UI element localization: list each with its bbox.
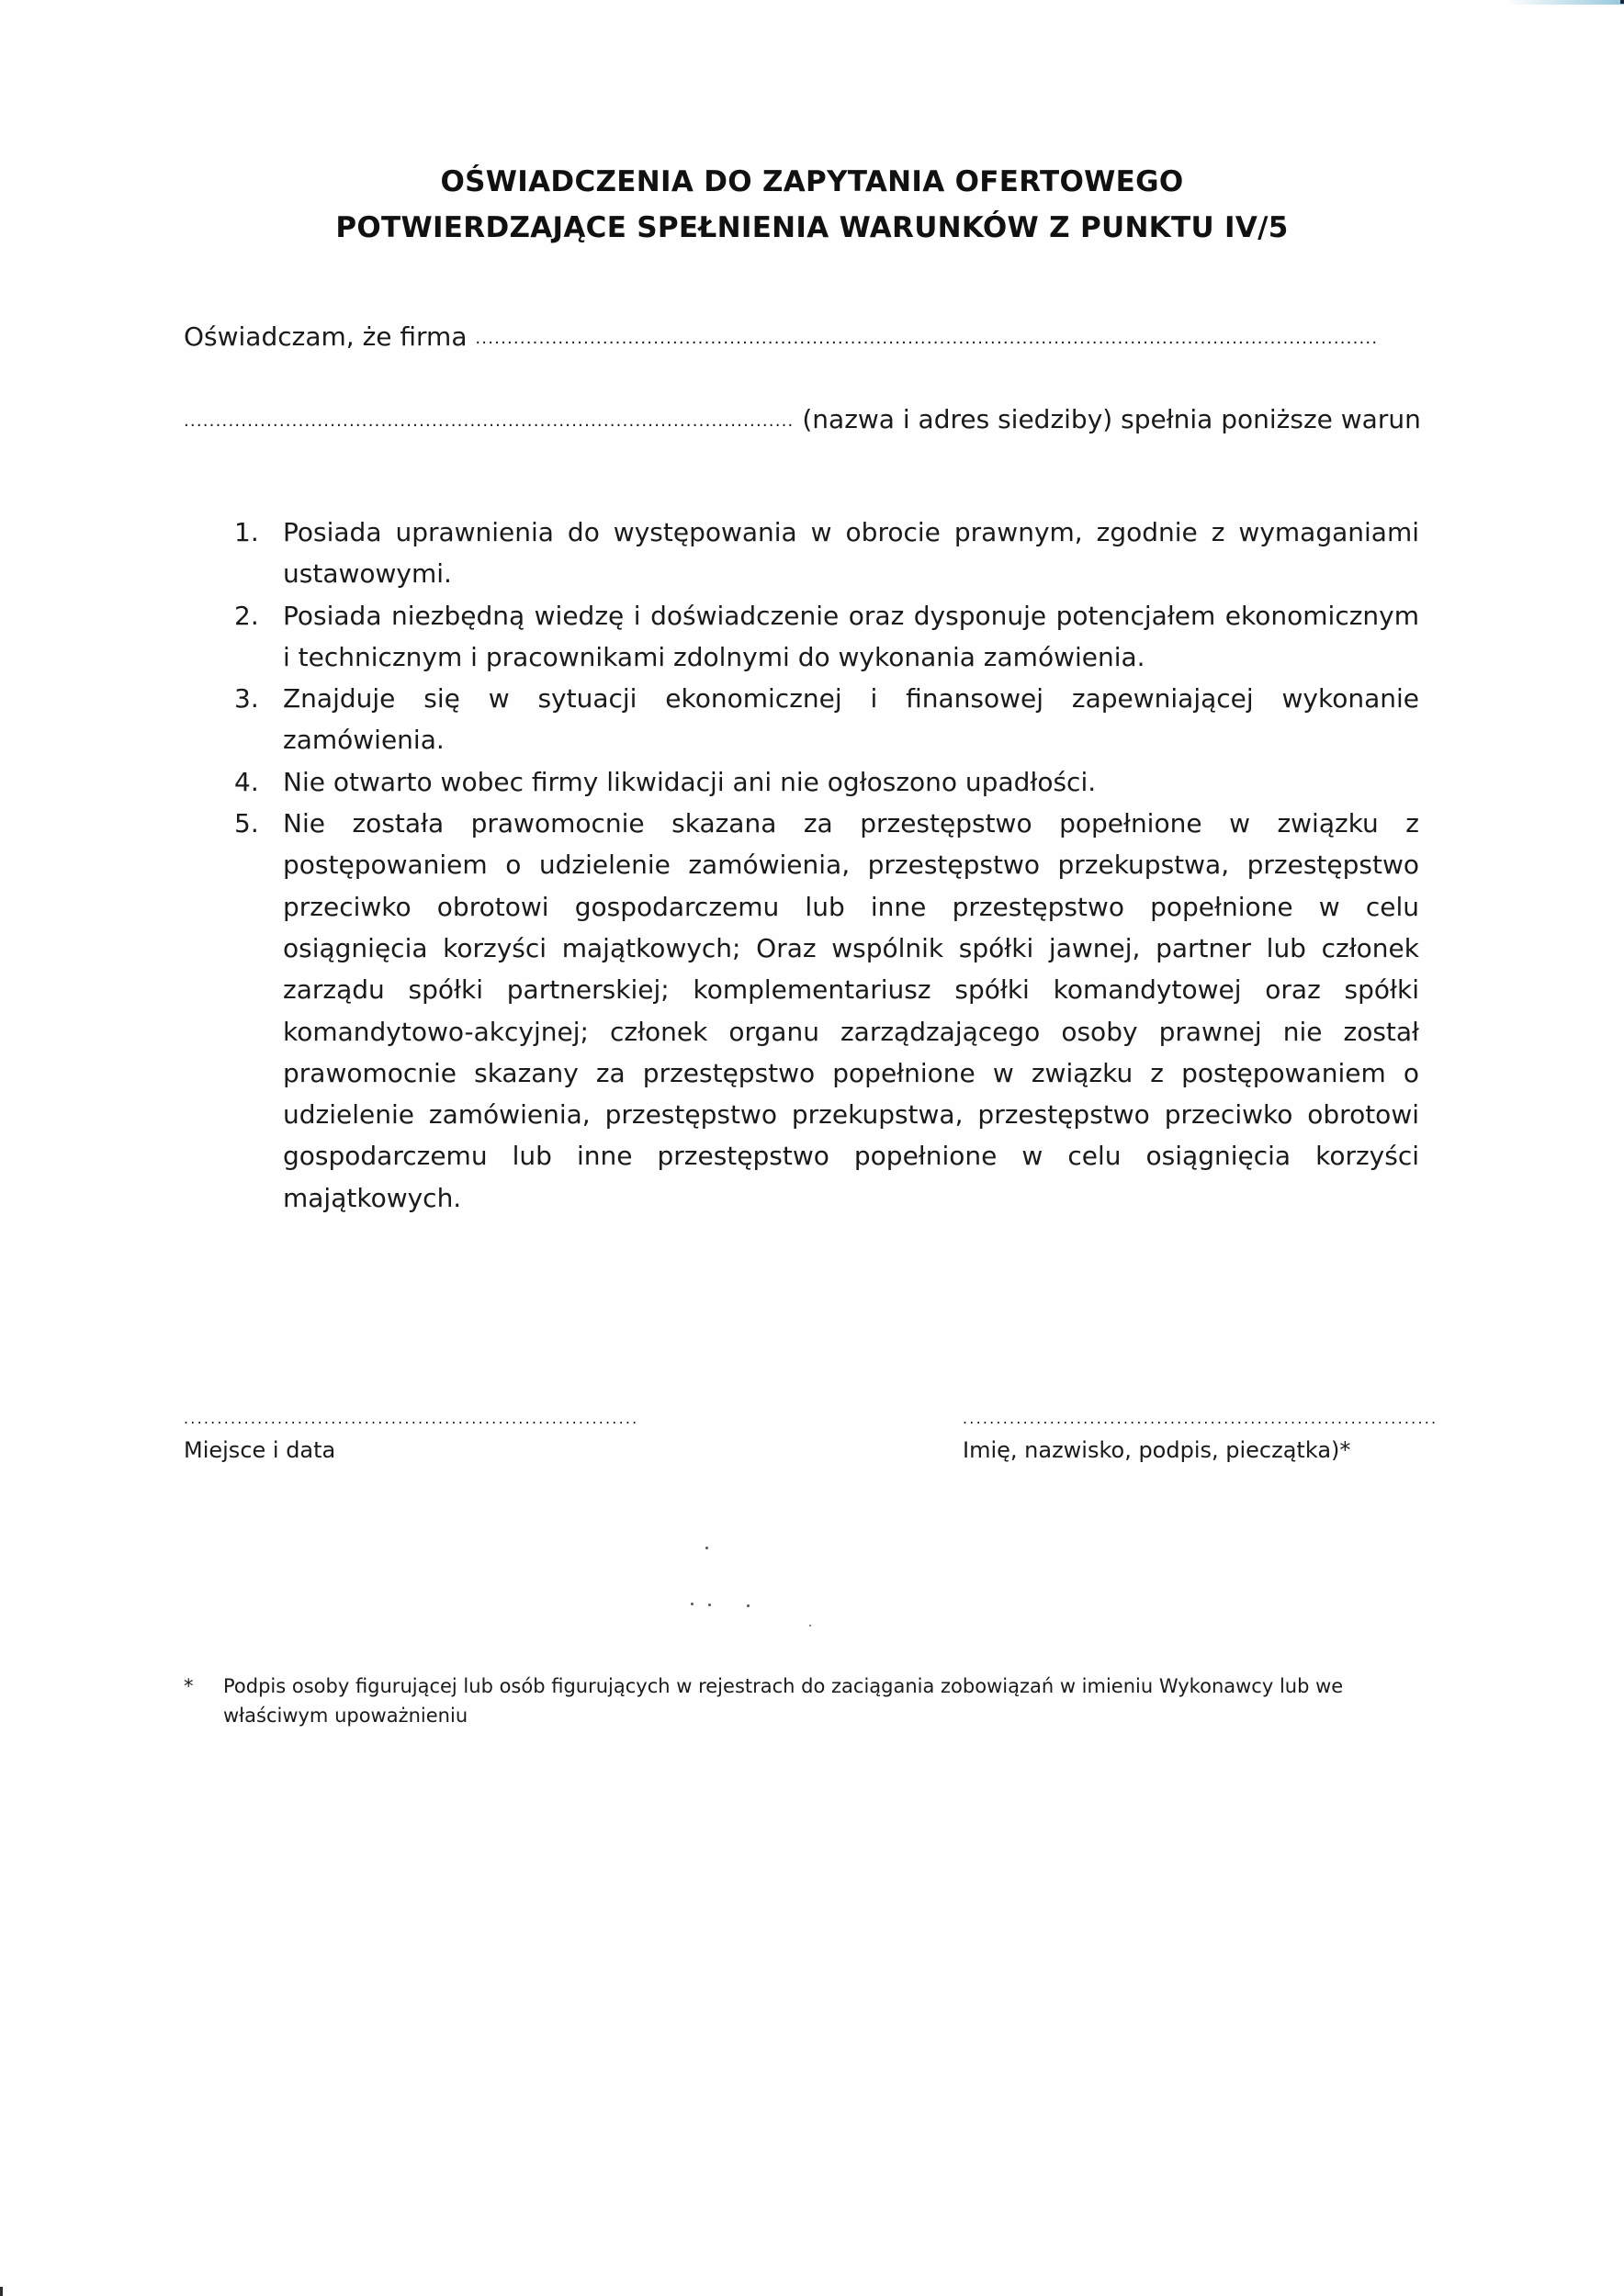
requirement-number: 1. <box>234 512 259 553</box>
requirement-number: 4. <box>234 761 259 803</box>
requirement-number: 2. <box>234 595 259 636</box>
scan-speck <box>705 1547 708 1549</box>
footnote: * Podpis osoby figurującej lub osób figu… <box>184 1671 1419 1730</box>
requirement-item: 2. Posiada niezbędną wiedzę i doświadcze… <box>234 595 1419 679</box>
scan-edge-artifact <box>1506 0 1624 5</box>
requirement-text: Posiada uprawnienia do występowania w ob… <box>283 512 1419 595</box>
requirement-text: Nie została prawomocnie skazana za przes… <box>283 803 1419 1219</box>
place-date-fill-field[interactable]: ........................................… <box>184 1410 638 1428</box>
signatory-signature-block: ........................................… <box>963 1410 1436 1463</box>
requirement-text: Nie otwarto wobec firmy likwidacji ani n… <box>283 761 1419 803</box>
signatory-label: Imię, nazwisko, podpis, pieczątka)* <box>963 1437 1436 1463</box>
place-date-signature-block: ........................................… <box>184 1410 638 1463</box>
scanned-document-page: OŚWIADCZENIA DO ZAPYTANIA OFERTOWEGO POT… <box>0 0 1624 2296</box>
requirement-item: 3. Znajduje się w sytuacji ekonomicznej … <box>234 678 1419 761</box>
scan-speck <box>708 1604 711 1606</box>
place-date-label: Miejsce i data <box>184 1437 638 1463</box>
declaration-intro-line-2: ........................................… <box>184 404 1419 434</box>
scan-speck <box>691 1603 694 1605</box>
scan-speck <box>809 1625 811 1626</box>
footnote-marker: * <box>184 1671 194 1701</box>
company-address-fill-field[interactable]: ........................................… <box>184 411 794 431</box>
company-name-fill-field[interactable]: ........................................… <box>475 329 1378 348</box>
declaration-intro-continuation: (nazwa i adres siedziby) spełnia poniższ… <box>794 404 1419 434</box>
scan-speck <box>747 1604 750 1607</box>
requirement-item: 4. Nie otwarto wobec firmy likwidacji an… <box>234 761 1419 803</box>
signatory-fill-field[interactable]: ........................................… <box>963 1410 1436 1428</box>
requirement-text: Posiada niezbędną wiedzę i doświadczenie… <box>283 595 1419 679</box>
document-title-line-1: OŚWIADCZENIA DO ZAPYTANIA OFERTOWEGO <box>0 165 1624 198</box>
requirement-item: 5. Nie została prawomocnie skazana za pr… <box>234 803 1419 1219</box>
declaration-intro-text: Oświadczam, że firma <box>184 321 475 352</box>
declaration-intro-line-1: Oświadczam, że firma ...................… <box>184 321 1419 352</box>
scan-corner-artifact <box>1620 0 1624 4</box>
requirements-list: 1. Posiada uprawnienia do występowania w… <box>234 512 1419 1219</box>
requirement-text: Znajduje się w sytuacji ekonomicznej i f… <box>283 678 1419 761</box>
scan-corner-artifact <box>0 2287 3 2296</box>
footnote-text: Podpis osoby figurującej lub osób figuru… <box>223 1671 1419 1730</box>
requirement-item: 1. Posiada uprawnienia do występowania w… <box>234 512 1419 595</box>
requirement-number: 5. <box>234 803 259 844</box>
requirement-number: 3. <box>234 678 259 719</box>
document-title-line-2: POTWIERDZAJĄCE SPEŁNIENIA WARUNKÓW Z PUN… <box>0 211 1624 244</box>
